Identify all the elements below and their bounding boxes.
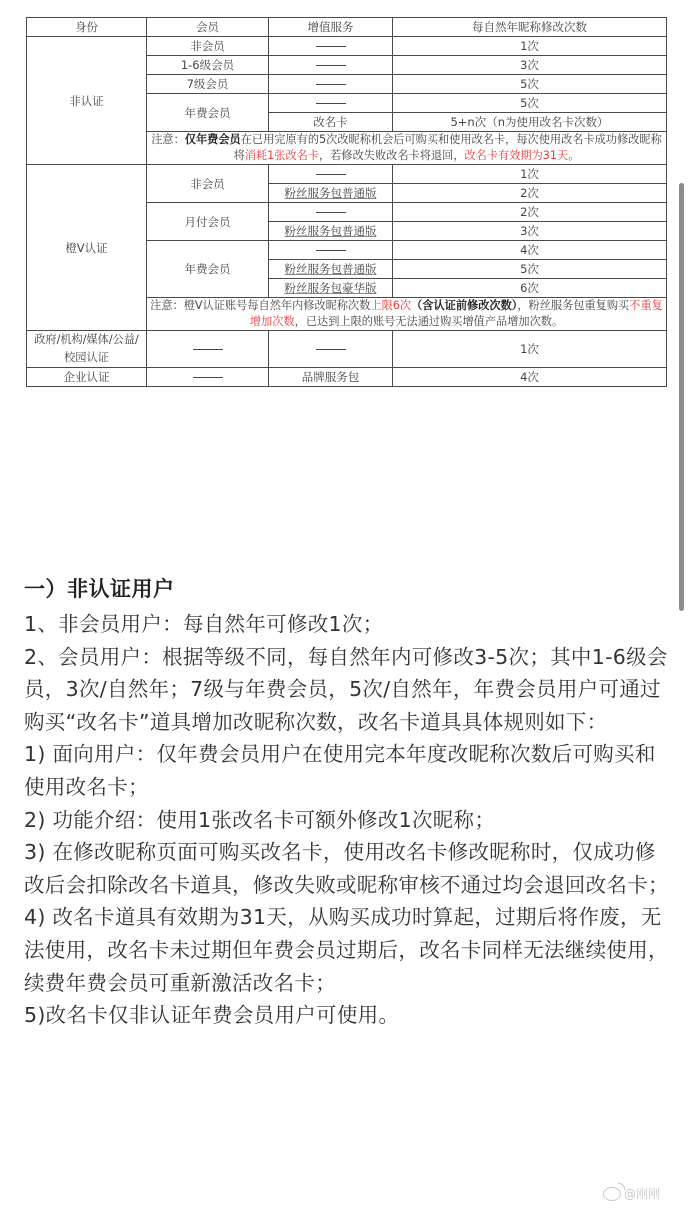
identity-orange-v: 橙V认证 — [27, 165, 147, 331]
member-cell: 月付会员 — [147, 203, 269, 241]
dash-mark — [193, 349, 223, 350]
weibo-icon — [603, 1187, 621, 1201]
count-cell: 5次 — [393, 75, 667, 94]
service-cell: 粉丝服务包普通版 — [269, 222, 393, 241]
identity-enterprise: 企业认证 — [27, 368, 147, 387]
count-cell: 4次 — [393, 241, 667, 260]
service-cell: 粉丝服务包豪华版 — [269, 279, 393, 298]
service-cell — [269, 94, 393, 113]
paragraph: 5)改名卡仅非认证年费会员用户可使用。 — [24, 999, 674, 1032]
count-cell: 6次 — [393, 279, 667, 298]
article-body: 一）非认证用户 1、非会员用户：每自然年可修改1次； 2、会员用户：根据等级不同… — [24, 574, 674, 1032]
table-row: 政府/机构/媒体/公益/校园认证 1次 — [27, 331, 667, 368]
service-cell: 改名卡 — [269, 113, 393, 132]
count-cell: 3次 — [393, 222, 667, 241]
watermark-text: @刚刚 — [624, 1185, 660, 1202]
dash-mark — [316, 103, 346, 104]
nickname-rules-table: 身份 会员 增值服务 每自然年昵称修改次数 非认证 非会员 1次 1-6级会员 … — [26, 17, 667, 387]
header-identity: 身份 — [27, 18, 147, 37]
service-cell: 粉丝服务包普通版 — [269, 184, 393, 203]
paragraph: 2) 功能介绍：使用1张改名卡可额外修改1次昵称； — [24, 804, 674, 837]
service-cell: 粉丝服务包普通版 — [269, 260, 393, 279]
paragraph: 1、非会员用户：每自然年可修改1次； — [24, 608, 674, 641]
member-cell: 年费会员 — [147, 241, 269, 298]
count-cell: 5次 — [393, 94, 667, 113]
service-cell: 品牌服务包 — [269, 368, 393, 387]
count-cell: 2次 — [393, 184, 667, 203]
member-cell: 年费会员 — [147, 94, 269, 132]
service-cell — [269, 75, 393, 94]
dash-mark — [193, 377, 223, 378]
header-member: 会员 — [147, 18, 269, 37]
rules-table-container: 身份 会员 增值服务 每自然年昵称修改次数 非认证 非会员 1次 1-6级会员 … — [26, 17, 666, 387]
count-cell: 5次 — [393, 260, 667, 279]
member-cell — [147, 368, 269, 387]
member-cell — [147, 331, 269, 368]
dash-mark — [316, 174, 346, 175]
paragraph: 4) 改名卡道具有效期为31天，从购买成功时算起，过期后将作废，无法使用，改名卡… — [24, 901, 674, 999]
dash-mark — [316, 349, 346, 350]
member-cell: 7级会员 — [147, 75, 269, 94]
identity-gov: 政府/机构/媒体/公益/校园认证 — [27, 331, 147, 368]
table-header-row: 身份 会员 增值服务 每自然年昵称修改次数 — [27, 18, 667, 37]
count-cell: 1次 — [393, 165, 667, 184]
count-cell: 1次 — [393, 37, 667, 56]
table-row: 企业认证 品牌服务包 4次 — [27, 368, 667, 387]
service-cell — [269, 241, 393, 260]
header-service: 增值服务 — [269, 18, 393, 37]
table-row: 橙V认证 非会员 1次 — [27, 165, 667, 184]
service-cell — [269, 331, 393, 368]
vertical-scrollbar[interactable] — [679, 183, 684, 611]
table-row: 非认证 非会员 1次 — [27, 37, 667, 56]
header-count: 每自然年昵称修改次数 — [393, 18, 667, 37]
dash-mark — [316, 46, 346, 47]
count-cell: 3次 — [393, 56, 667, 75]
paragraph: 2、会员用户：根据等级不同，每自然年内可修改3-5次；其中1-6级会员，3次/自… — [24, 641, 674, 739]
service-cell — [269, 37, 393, 56]
member-cell: 非会员 — [147, 37, 269, 56]
note-orange-v: 注意：橙V认证账号每自然年内修改昵称次数上限6次（含认证前修改次数），粉丝服务包… — [147, 298, 667, 331]
member-cell: 非会员 — [147, 165, 269, 203]
count-cell: 5+n次（n为使用改名卡次数） — [393, 113, 667, 132]
identity-non-verified: 非认证 — [27, 37, 147, 165]
count-cell: 4次 — [393, 368, 667, 387]
paragraph: 3) 在修改昵称页面可购买改名卡，使用改名卡修改昵称时，仅成功修改后会扣除改名卡… — [24, 836, 674, 901]
service-cell — [269, 165, 393, 184]
service-cell — [269, 203, 393, 222]
paragraph: 1) 面向用户：仅年费会员用户在使用完本年度改昵称次数后可购买和使用改名卡； — [24, 738, 674, 803]
dash-mark — [316, 84, 346, 85]
member-cell: 1-6级会员 — [147, 56, 269, 75]
count-cell: 1次 — [393, 331, 667, 368]
dash-mark — [316, 212, 346, 213]
dash-mark — [316, 250, 346, 251]
watermark: @刚刚 — [603, 1185, 660, 1202]
section-heading: 一）非认证用户 — [24, 574, 674, 604]
service-cell — [269, 56, 393, 75]
note-non-verified: 注意：仅年费会员在已用完原有的5次改昵称机会后可购买和使用改名卡，每次使用改名卡… — [147, 132, 667, 165]
count-cell: 2次 — [393, 203, 667, 222]
dash-mark — [316, 65, 346, 66]
